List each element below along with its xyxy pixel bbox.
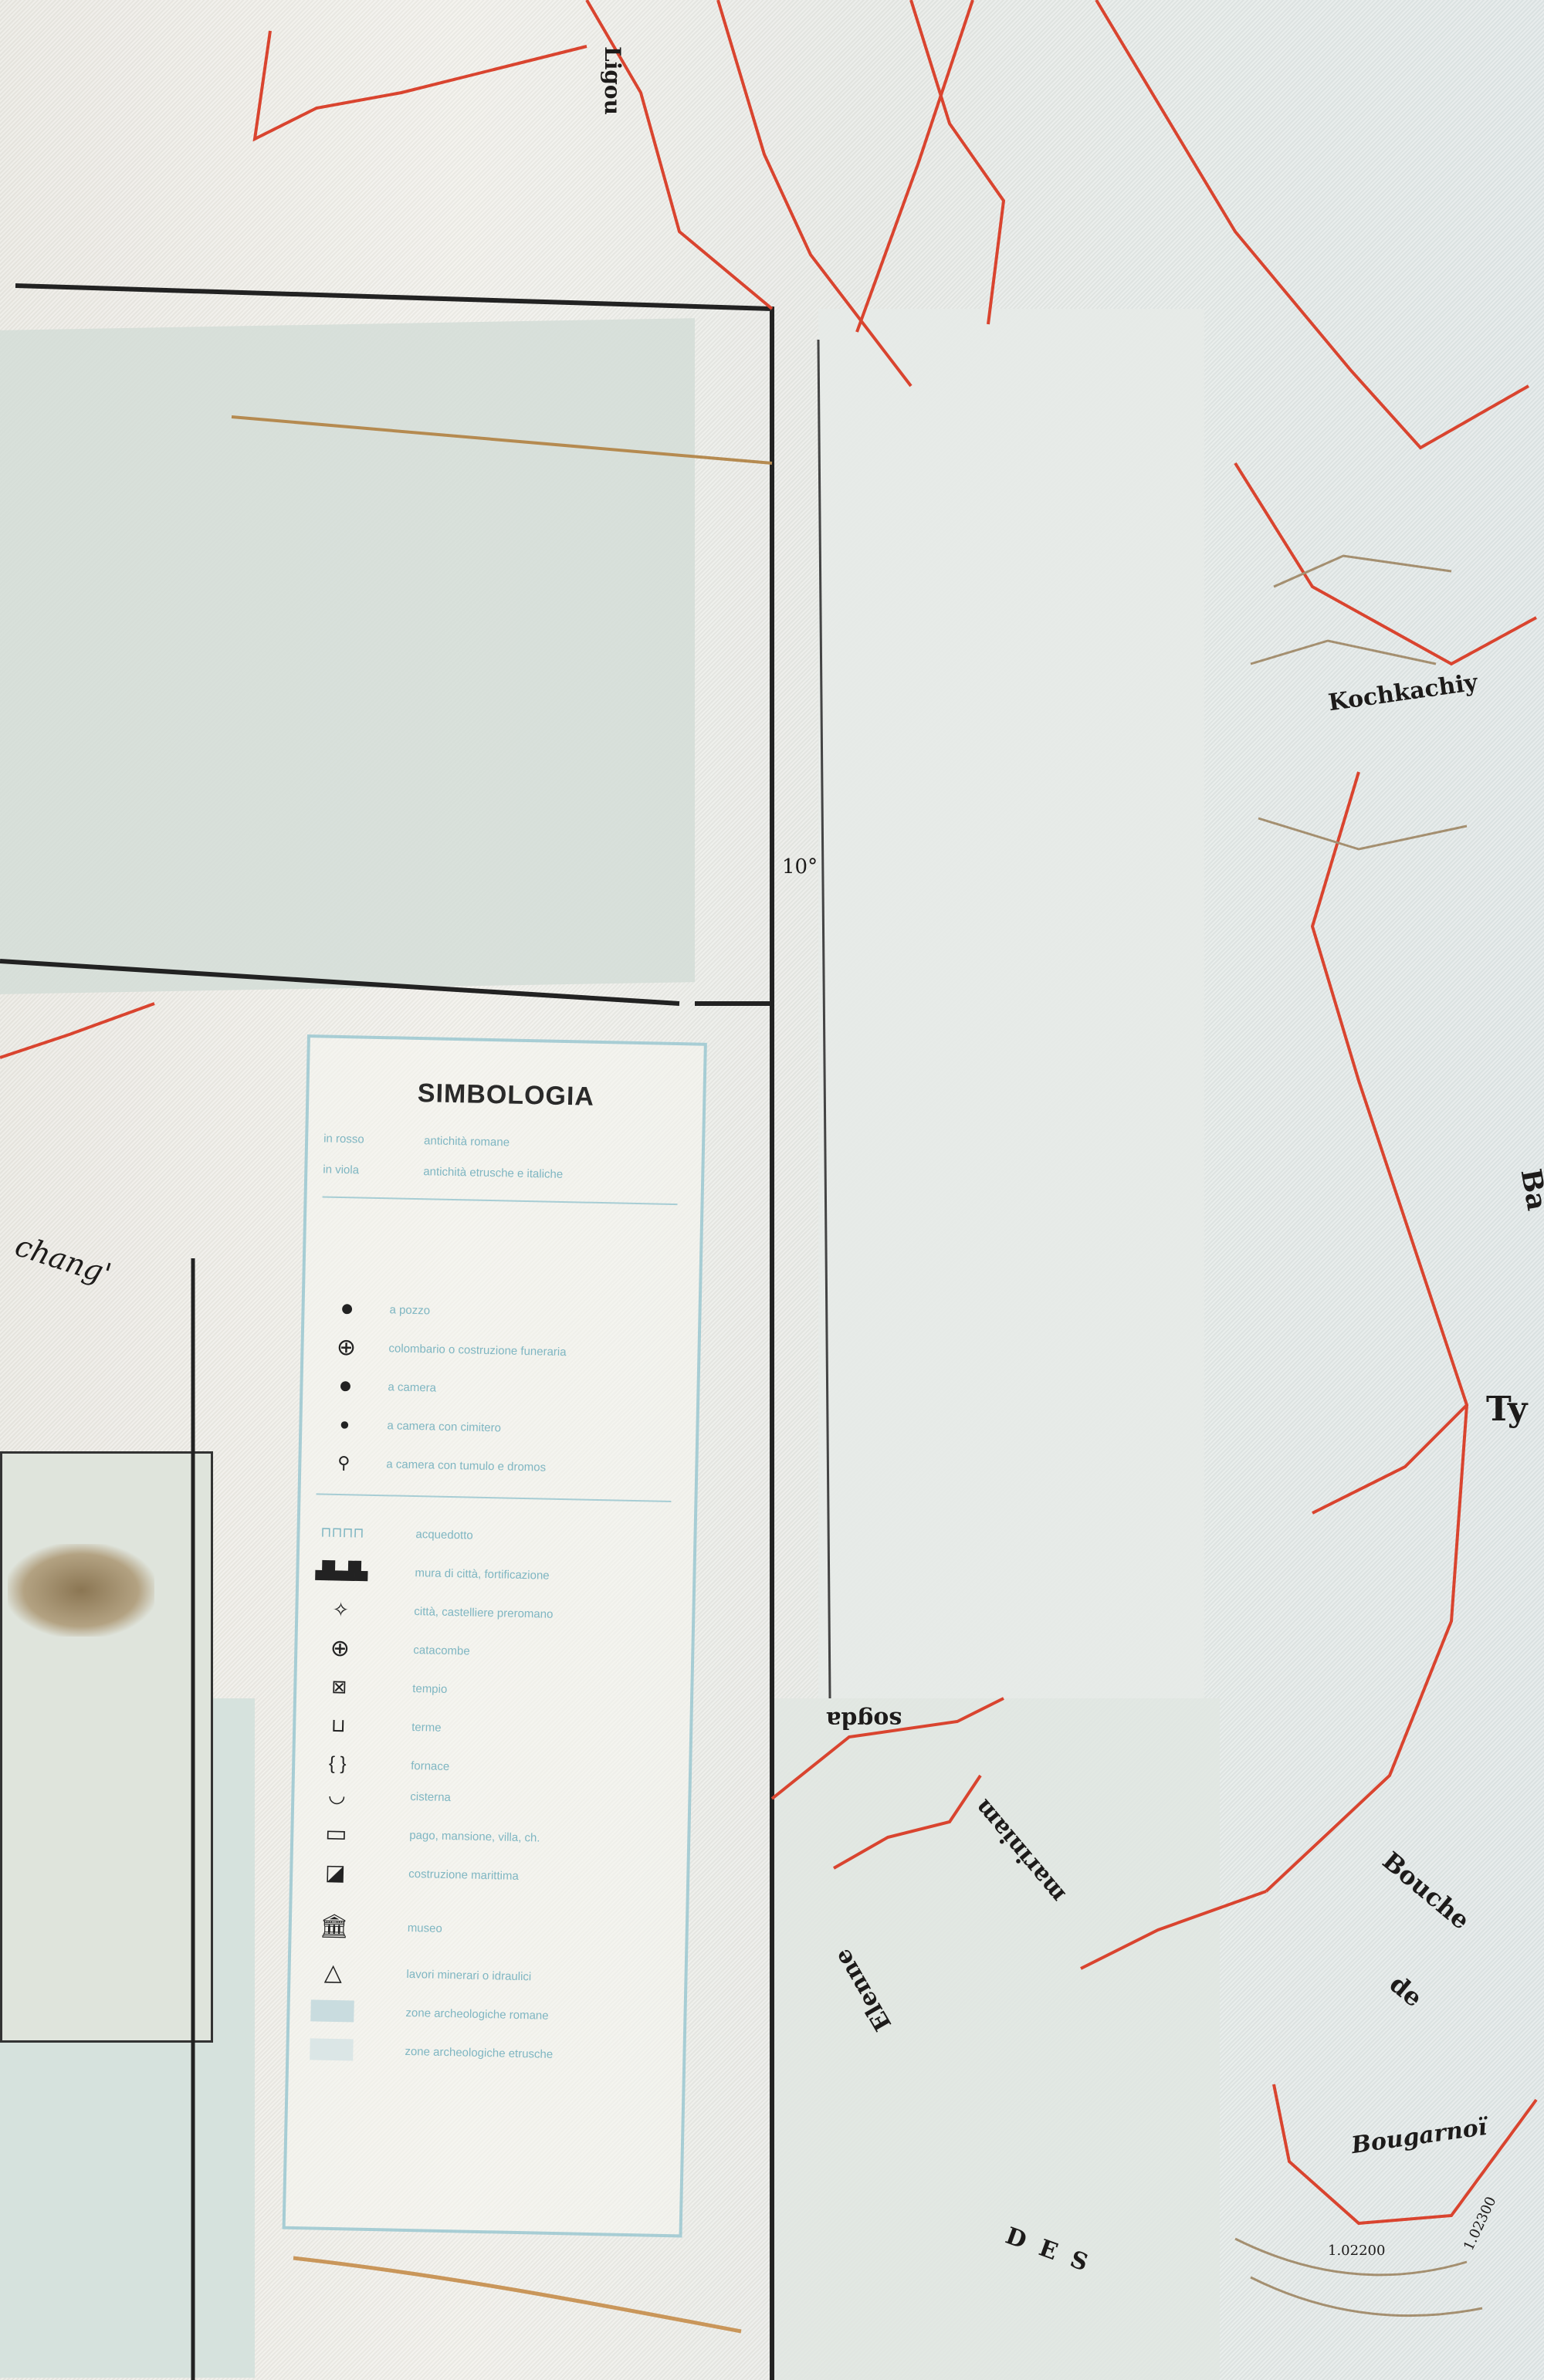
ochre-curve bbox=[0, 0, 1544, 2380]
